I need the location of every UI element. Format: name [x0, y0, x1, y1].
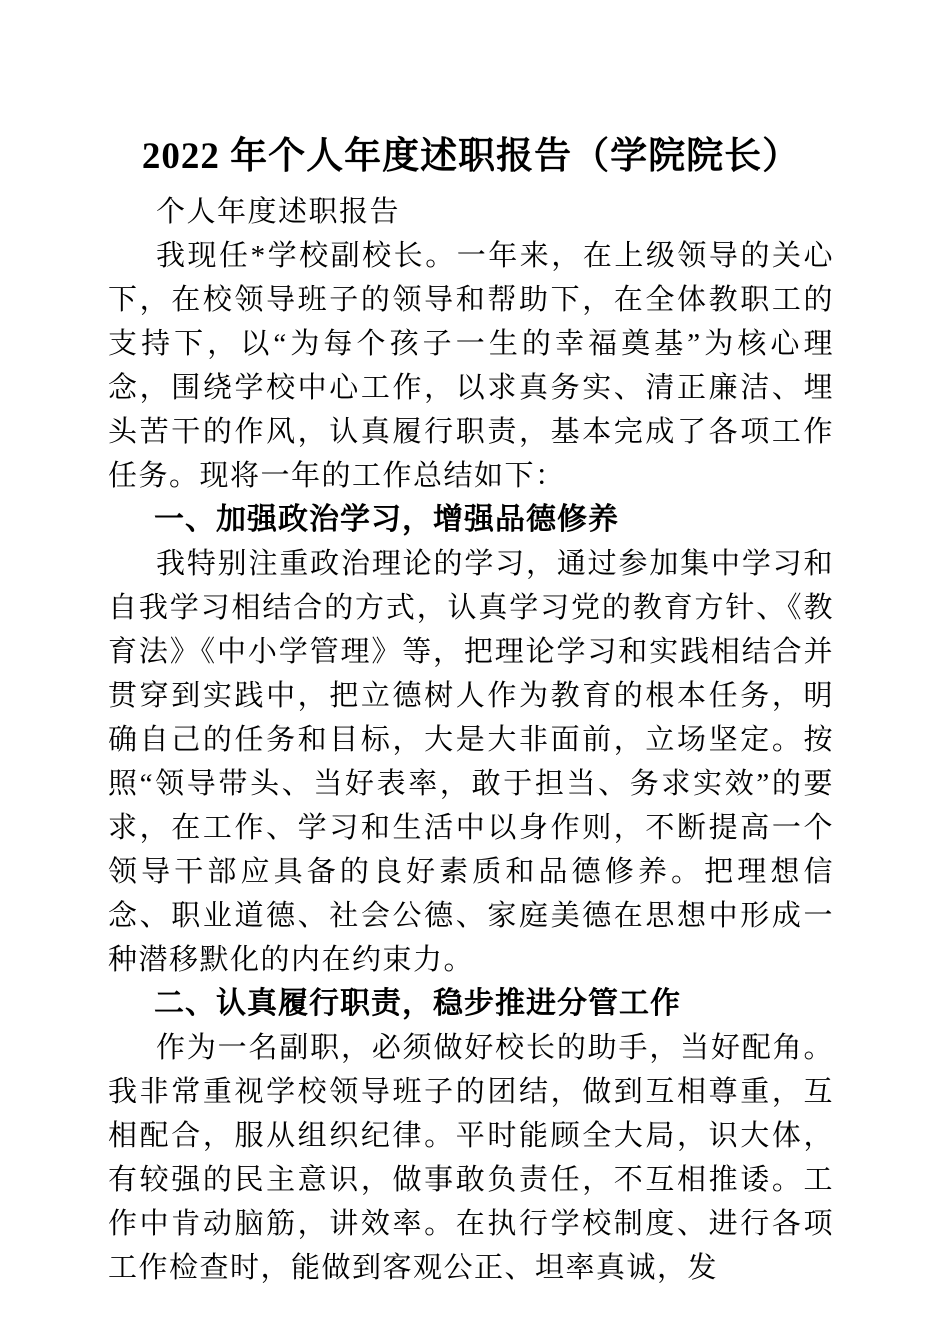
section-heading-2: 二、认真履行职责，稳步推进分管工作 — [108, 982, 834, 1026]
section-heading-1: 一、加强政治学习，增强品德修养 — [108, 498, 834, 542]
document-page: 2022 年个人年度述职报告（学院院长） 个人年度述职报告 我现任*学校副校长。… — [0, 0, 950, 1344]
paragraph-section-2: 作为一名副职，必须做好校长的助手，当好配角。我非常重视学校领导班子的团结，做到互… — [108, 1026, 834, 1290]
paragraph-section-1: 我特别注重政治理论的学习，通过参加集中学习和自我学习相结合的方式，认真学习党的教… — [108, 542, 834, 982]
paragraph-intro: 我现任*学校副校长。一年来，在上级领导的关心下，在校领导班子的领导和帮助下，在全… — [108, 234, 834, 498]
document-title: 2022 年个人年度述职报告（学院院长） — [108, 130, 834, 184]
document-subtitle: 个人年度述职报告 — [108, 190, 834, 234]
